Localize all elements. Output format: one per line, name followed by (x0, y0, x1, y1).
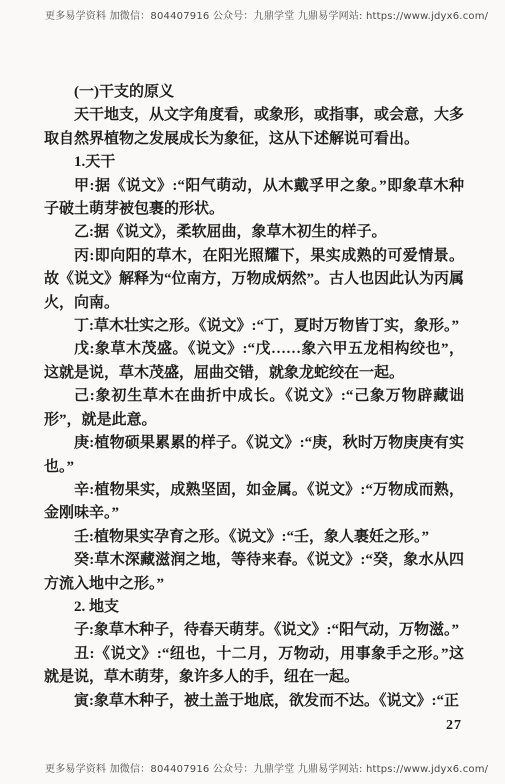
subsection-heading-tiangan: 1.天干 (44, 151, 464, 174)
paragraph: 己:象初生草木在曲折中成长。《说文》:“己象万物辟藏诎形”，就是此意。 (44, 385, 464, 432)
subsection-heading-dizhi: 2. 地支 (44, 596, 464, 619)
scanned-book-page: 更多易学资料 加微信：804407916 公众号：九鼎学堂 九鼎易学网站: ht… (0, 0, 505, 784)
paragraph: 子:象草木种子，待春天萌芽。《说文》:“阳气动，万物滋。” (44, 619, 464, 642)
page-number: 27 (44, 714, 464, 737)
paragraph: 辛:植物果实，成熟坚固，如金属。《说文》:“万物成而熟，金刚味辛。” (44, 479, 464, 526)
tiangan-paragraphs: 甲:据《说文》:“阳气萌动，从木戴孚甲之象。”即象草木种子破土萌芽被包裹的形状。… (44, 175, 464, 596)
paragraph: 丑:《说文》:“纽也，十二月，万物动，用事象手之形。”这就是说，草木萌芽，象许多… (44, 643, 464, 690)
watermark-footer: 更多易学资料 加微信：804407916 公众号：九鼎学堂 九鼎易学网站: ht… (45, 760, 505, 775)
dizhi-paragraphs: 子:象草木种子，待春天萌芽。《说文》:“阳气动，万物滋。”丑:《说文》:“纽也，… (44, 619, 464, 713)
paragraph: 癸:草木深藏滋润之地，等待来春。《说文》:“癸，象水从四方流入地中之形。” (44, 549, 464, 596)
paragraph: 寅:象草木种子，被土盖于地底，欲发而不达。《说文》:“正 (44, 690, 464, 713)
section-heading: (一)干支的原义 (44, 81, 464, 104)
paragraph: 庚:植物硕果累累的样子。《说文》:“庚，秋时万物庚庚有实也。” (44, 432, 464, 479)
paragraph: 丙:即向阳的草木，在阳光照耀下，果实成熟的可爱情景。故《说文》解释为“位南方，万… (44, 245, 464, 315)
intro-paragraph: 天干地支，从文字角度看，或象形，或指事，或会意，大多取自然界植物之发展成长为象征… (44, 104, 464, 151)
paragraph: 甲:据《说文》:“阳气萌动，从木戴孚甲之象。”即象草木种子破土萌芽被包裹的形状。 (44, 175, 464, 222)
paragraph: 丁:草木壮实之形。《说文》:“丁，夏时万物皆丁实，象形。” (44, 315, 464, 338)
watermark-header: 更多易学资料 加微信：804407916 公众号：九鼎学堂 九鼎易学网站: ht… (45, 7, 505, 22)
paragraph: 戊:象草木茂盛。《说文》:“戊……象六甲五龙相构绞也”，这就是说，草木茂盛，屈曲… (44, 338, 464, 385)
paragraph: 乙:据《说文》，柔软屈曲，象草木初生的样子。 (44, 221, 464, 244)
paragraph: 壬:植物果实孕育之形。《说文》:“壬，象人裹妊之形。” (44, 526, 464, 549)
page-content: (一)干支的原义 天干地支，从文字角度看，或象形，或指事，或会意，大多取自然界植… (44, 81, 464, 737)
